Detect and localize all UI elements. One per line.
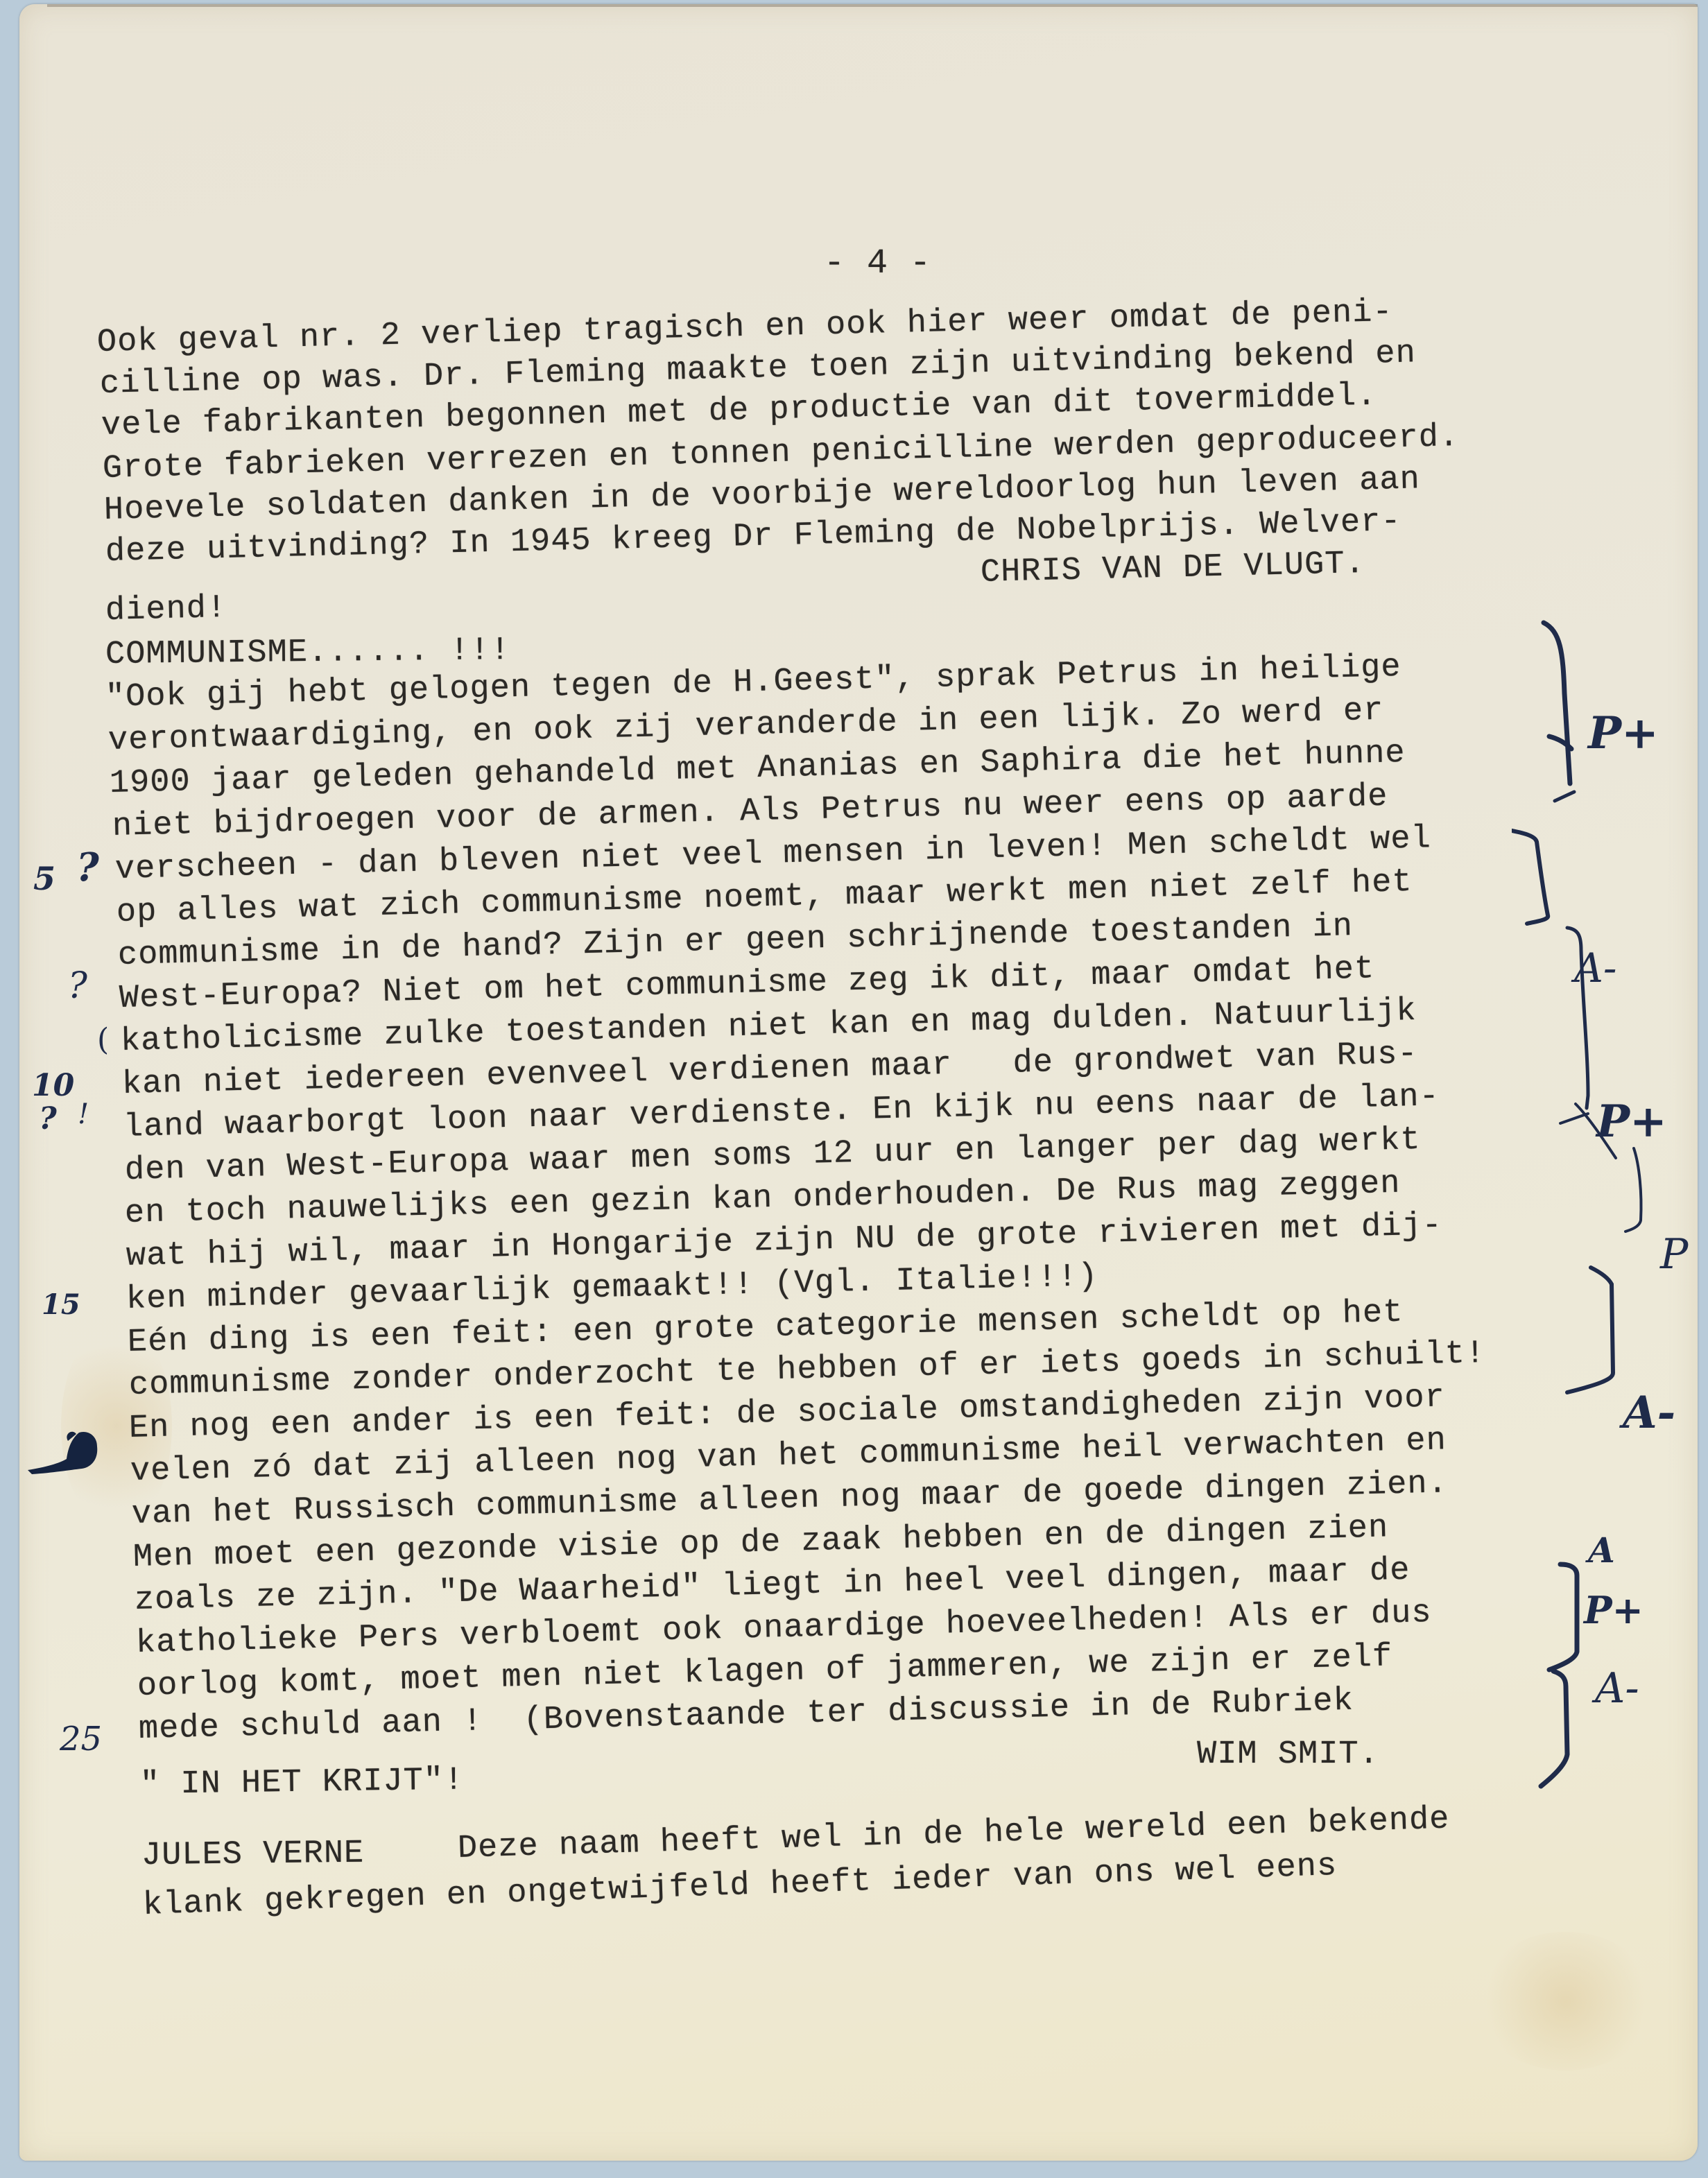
grade-mark: A- xyxy=(1623,1387,1675,1439)
exclamation-mark: ! xyxy=(78,1098,89,1130)
page-top-edge xyxy=(47,4,1698,7)
paper-stain xyxy=(1476,1932,1656,2071)
text-line: " IN HET KRIJT"! xyxy=(140,1762,465,1804)
question-mark: ? xyxy=(68,965,87,1007)
question-mark: ? xyxy=(39,1101,57,1136)
question-mark: ? xyxy=(76,845,99,890)
grade-mark: A- xyxy=(1574,944,1616,992)
line-count-mark: 5 xyxy=(33,860,55,897)
grade-mark: A- xyxy=(1595,1664,1639,1713)
grade-mark: P+ xyxy=(1596,1096,1667,1148)
right-margin-brackets xyxy=(1512,610,1708,1844)
text-line: diend! xyxy=(105,590,227,630)
grade-mark: P xyxy=(1660,1230,1688,1279)
ink-blot-icon xyxy=(25,1428,101,1484)
line-count-mark: 15 xyxy=(42,1288,80,1321)
paren-mark: ( xyxy=(97,1022,109,1057)
page-number: - 4 - xyxy=(824,244,931,284)
article-heading: JULES VERNE xyxy=(141,1835,365,1874)
grade-mark: P+ xyxy=(1584,1588,1644,1632)
grade-mark: A xyxy=(1588,1530,1615,1571)
article-heading: COMMUNISME...... !!! xyxy=(105,632,511,673)
line-count-mark: 10 xyxy=(32,1068,74,1103)
author-signature: WIM SMIT. xyxy=(1197,1736,1379,1773)
line-count-mark: 25 xyxy=(60,1720,102,1758)
grade-mark: P+ xyxy=(1588,707,1659,759)
